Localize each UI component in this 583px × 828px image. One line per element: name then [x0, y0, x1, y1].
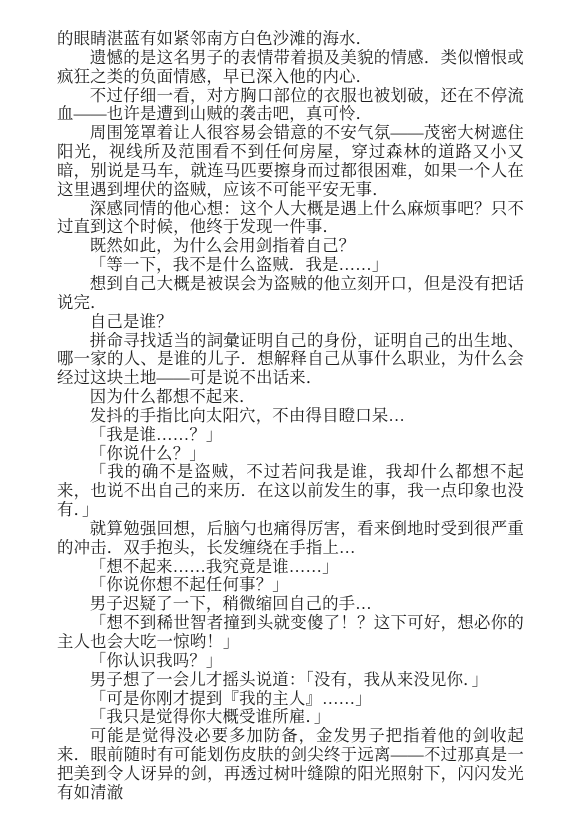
paragraph: 「你说什么？」 — [57, 445, 524, 464]
paragraph: 自己是谁？ — [57, 313, 524, 332]
paragraph: 因为什么都想不起来． — [57, 388, 524, 407]
paragraph: 「想不到稀世智者撞到头就变傻了！？这下可好，想必你的主人也会大吃一惊哟！」 — [57, 614, 524, 652]
paragraph: 「想不起来……我究竟是谁……」 — [57, 558, 524, 577]
paragraph: 周围笼罩着让人很容易会错意的不安气氛——茂密大树遮住阳光，视线所及范围看不到任何… — [57, 124, 524, 199]
paragraph: 拼命寻找适当的詞彙证明自己的身份，证明自己的出生地、哪一家的人、是谁的儿子．想解… — [57, 332, 524, 389]
paragraph: 男子迟疑了一下，稍微缩回自己的手… — [57, 595, 524, 614]
paragraph: 深感同情的他心想：这个人大概是遇上什么麻烦事吧？只不过直到这个时候，他终于发现一… — [57, 200, 524, 238]
paragraph: 「我只是觉得你大概受谁所雇．」 — [57, 708, 524, 727]
paragraph: 既然如此，为什么会用剑指着自己？ — [57, 237, 524, 256]
paragraph: 发抖的手指比向太阳穴，不由得目瞪口呆… — [57, 407, 524, 426]
paragraph: 「可是你刚才提到『我的主人』……」 — [57, 690, 524, 709]
paragraph: 的眼睛湛蓝有如紧邻南方白色沙滩的海水． — [57, 30, 524, 49]
paragraph: 就算勉强回想，后脑勺也痛得厉害，看来倒地时受到很严重的冲击．双手抱头，长发缠绕在… — [57, 520, 524, 558]
paragraph: 遗憾的是这名男子的表情带着损及美貌的情感．类似憎恨或疯狂之类的负面情感，早已深入… — [57, 49, 524, 87]
paragraph: 「我是谁……？」 — [57, 426, 524, 445]
paragraph: 「你认识我吗？」 — [57, 652, 524, 671]
paragraph: 「我的确不是盗贼，不过若问我是谁，我却什么都想不起来，也说不出自己的来历．在这以… — [57, 463, 524, 520]
paragraph: 不过仔细一看，对方胸口部位的衣服也被划破，还在不停流血——也许是遭到山贼的袭击吧… — [57, 87, 524, 125]
paragraph: 「等一下，我不是什么盗贼．我是……」 — [57, 256, 524, 275]
text-block: 的眼睛湛蓝有如紧邻南方白色沙滩的海水．遗憾的是这名男子的表情带着损及美貌的情感．… — [57, 30, 524, 803]
paragraph: 可能是觉得没必要多加防备，金发男子把指着他的剑收起来．眼前随时有可能划伤皮肤的剑… — [57, 727, 524, 802]
paragraph: 「你说你想不起任何事？」 — [57, 576, 524, 595]
book-page: 的眼睛湛蓝有如紧邻南方白色沙滩的海水．遗憾的是这名男子的表情带着损及美貌的情感．… — [0, 0, 583, 828]
paragraph: 想到自己大概是被误会为盗贼的他立刻开口，但是没有把话说完． — [57, 275, 524, 313]
paragraph: 男子想了一会儿才摇头说道：「没有，我从来没见你．」 — [57, 671, 524, 690]
